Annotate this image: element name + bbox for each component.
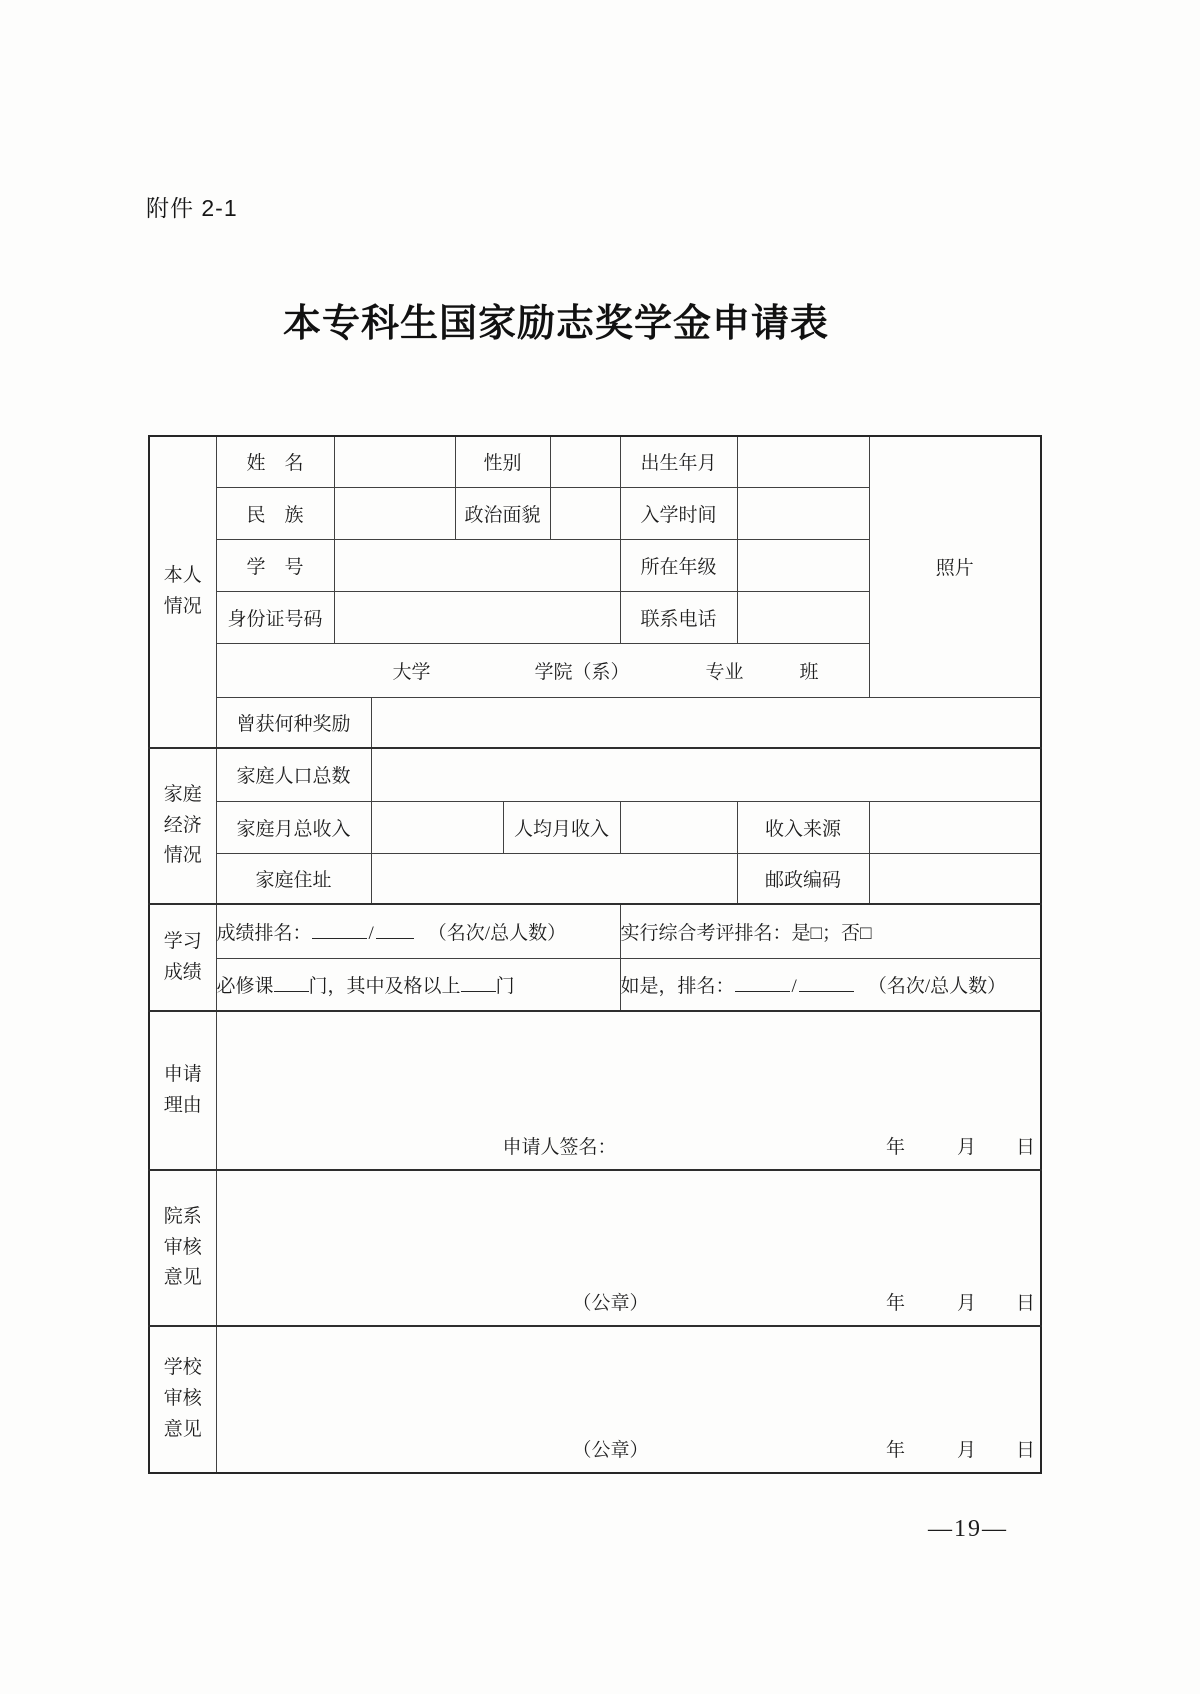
student-id-label: 学 号 (216, 539, 334, 591)
group-label-personal: 本人情况 (149, 436, 216, 748)
rank-slash: / (367, 923, 376, 944)
group-label-college-review: 院系审核意见 (149, 1170, 216, 1326)
group-label-academic: 学习成绩 (149, 904, 216, 1011)
ifyes-rank-blank (735, 971, 790, 992)
ifyes-suffix: （名次/总人数） (868, 976, 1006, 997)
courses-mid: 门，其中及格以上 (309, 976, 461, 997)
courses-prefix: 必修课 (217, 976, 274, 997)
income-source-field (869, 801, 1041, 853)
id-number-label: 身份证号码 (216, 591, 334, 643)
id-number-field (334, 591, 620, 643)
passed-blank (461, 971, 496, 992)
courses-line: 必修课门，其中及格以上门 (216, 958, 620, 1011)
per-capita-income-label: 人均月收入 (503, 801, 620, 853)
group-label-apply: 申请理由 (149, 1011, 216, 1170)
college-review-cell: （公章） 年 月 日 (216, 1170, 1041, 1326)
grade-field (737, 539, 869, 591)
family-population-field (371, 748, 1041, 801)
awards-label: 曾获何种奖励 (216, 697, 371, 748)
college-suffix: 学院（系） (535, 657, 630, 684)
major-suffix: 专业 (706, 657, 744, 684)
class-suffix: 班 (800, 657, 819, 684)
rank-suffix: （名次/总人数） (428, 923, 566, 944)
home-address-label: 家庭住址 (216, 853, 371, 904)
date-day: 日 (1016, 1288, 1035, 1315)
family-population-label: 家庭人口总数 (216, 748, 371, 801)
courses-blank (274, 971, 309, 992)
application-form-table: 本人情况 姓 名 性别 出生年月 照片 民 族 政治面貌 入学时间 学 号 所在… (148, 435, 1042, 1474)
ifyes-rank-line: 如是，排名：/（名次/总人数） (620, 958, 1041, 1011)
rank-line: 成绩排名：/（名次/总人数） (216, 904, 620, 958)
gender-field (550, 436, 620, 487)
name-label: 姓 名 (216, 436, 334, 487)
seal-label: （公章） (573, 1435, 649, 1462)
group-label-school-review: 学校审核意见 (149, 1326, 216, 1473)
signature-label: 申请人签名： (503, 1132, 617, 1159)
university-line: 大学 学院（系） 专业 班 (216, 643, 869, 697)
phone-label: 联系电话 (620, 591, 737, 643)
school-review-cell: （公章） 年 月 日 (216, 1326, 1041, 1473)
family-income-label: 家庭月总收入 (216, 801, 371, 853)
enrollment-time-label: 入学时间 (620, 487, 737, 539)
rank-blank (312, 918, 367, 939)
date-year: 年 (886, 1288, 905, 1315)
political-status-label: 政治面貌 (455, 487, 550, 539)
per-capita-income-field (620, 801, 737, 853)
birth-date-field (737, 436, 869, 487)
document-page: 附件 2-1 本专科生国家励志奖学金申请表 本人情况 姓 名 性别 出生年月 照… (0, 0, 1200, 1694)
gender-label: 性别 (455, 436, 550, 487)
family-income-field (371, 801, 503, 853)
enrollment-time-field (737, 487, 869, 539)
rank-prefix: 成绩排名： (217, 923, 312, 944)
page-number: —19— (928, 1516, 1008, 1543)
total-blank (376, 918, 414, 939)
ifyes-slash: / (790, 976, 799, 997)
date-day: 日 (1016, 1435, 1035, 1462)
date-month: 月 (957, 1288, 976, 1315)
home-address-field (371, 853, 737, 904)
ifyes-total-blank (799, 971, 854, 992)
university-suffix: 大学 (393, 657, 431, 684)
name-field (334, 436, 455, 487)
student-id-field (334, 539, 620, 591)
page-title: 本专科生国家励志奖学金申请表 (0, 292, 1112, 347)
photo-box: 照片 (869, 436, 1041, 697)
income-source-label: 收入来源 (737, 801, 869, 853)
date-day: 日 (1016, 1132, 1035, 1159)
courses-suffix: 门 (496, 976, 515, 997)
postcode-field (869, 853, 1041, 904)
group-label-family: 家庭经济情况 (149, 748, 216, 904)
ethnicity-label: 民 族 (216, 487, 334, 539)
date-month: 月 (957, 1132, 976, 1159)
date-year: 年 (886, 1132, 905, 1159)
attachment-label: 附件 2-1 (146, 190, 238, 223)
seal-label: （公章） (573, 1288, 649, 1315)
political-status-field (550, 487, 620, 539)
date-year: 年 (886, 1435, 905, 1462)
grade-label: 所在年级 (620, 539, 737, 591)
birth-date-label: 出生年月 (620, 436, 737, 487)
ifyes-prefix: 如是，排名： (621, 976, 735, 997)
date-month: 月 (957, 1435, 976, 1462)
awards-field (371, 697, 1041, 748)
apply-reason-cell: 申请人签名： 年 月 日 (216, 1011, 1041, 1170)
phone-field (737, 591, 869, 643)
ethnicity-field (334, 487, 455, 539)
evaluation-line: 实行综合考评排名：是□；否□ (620, 904, 1041, 958)
postcode-label: 邮政编码 (737, 853, 869, 904)
